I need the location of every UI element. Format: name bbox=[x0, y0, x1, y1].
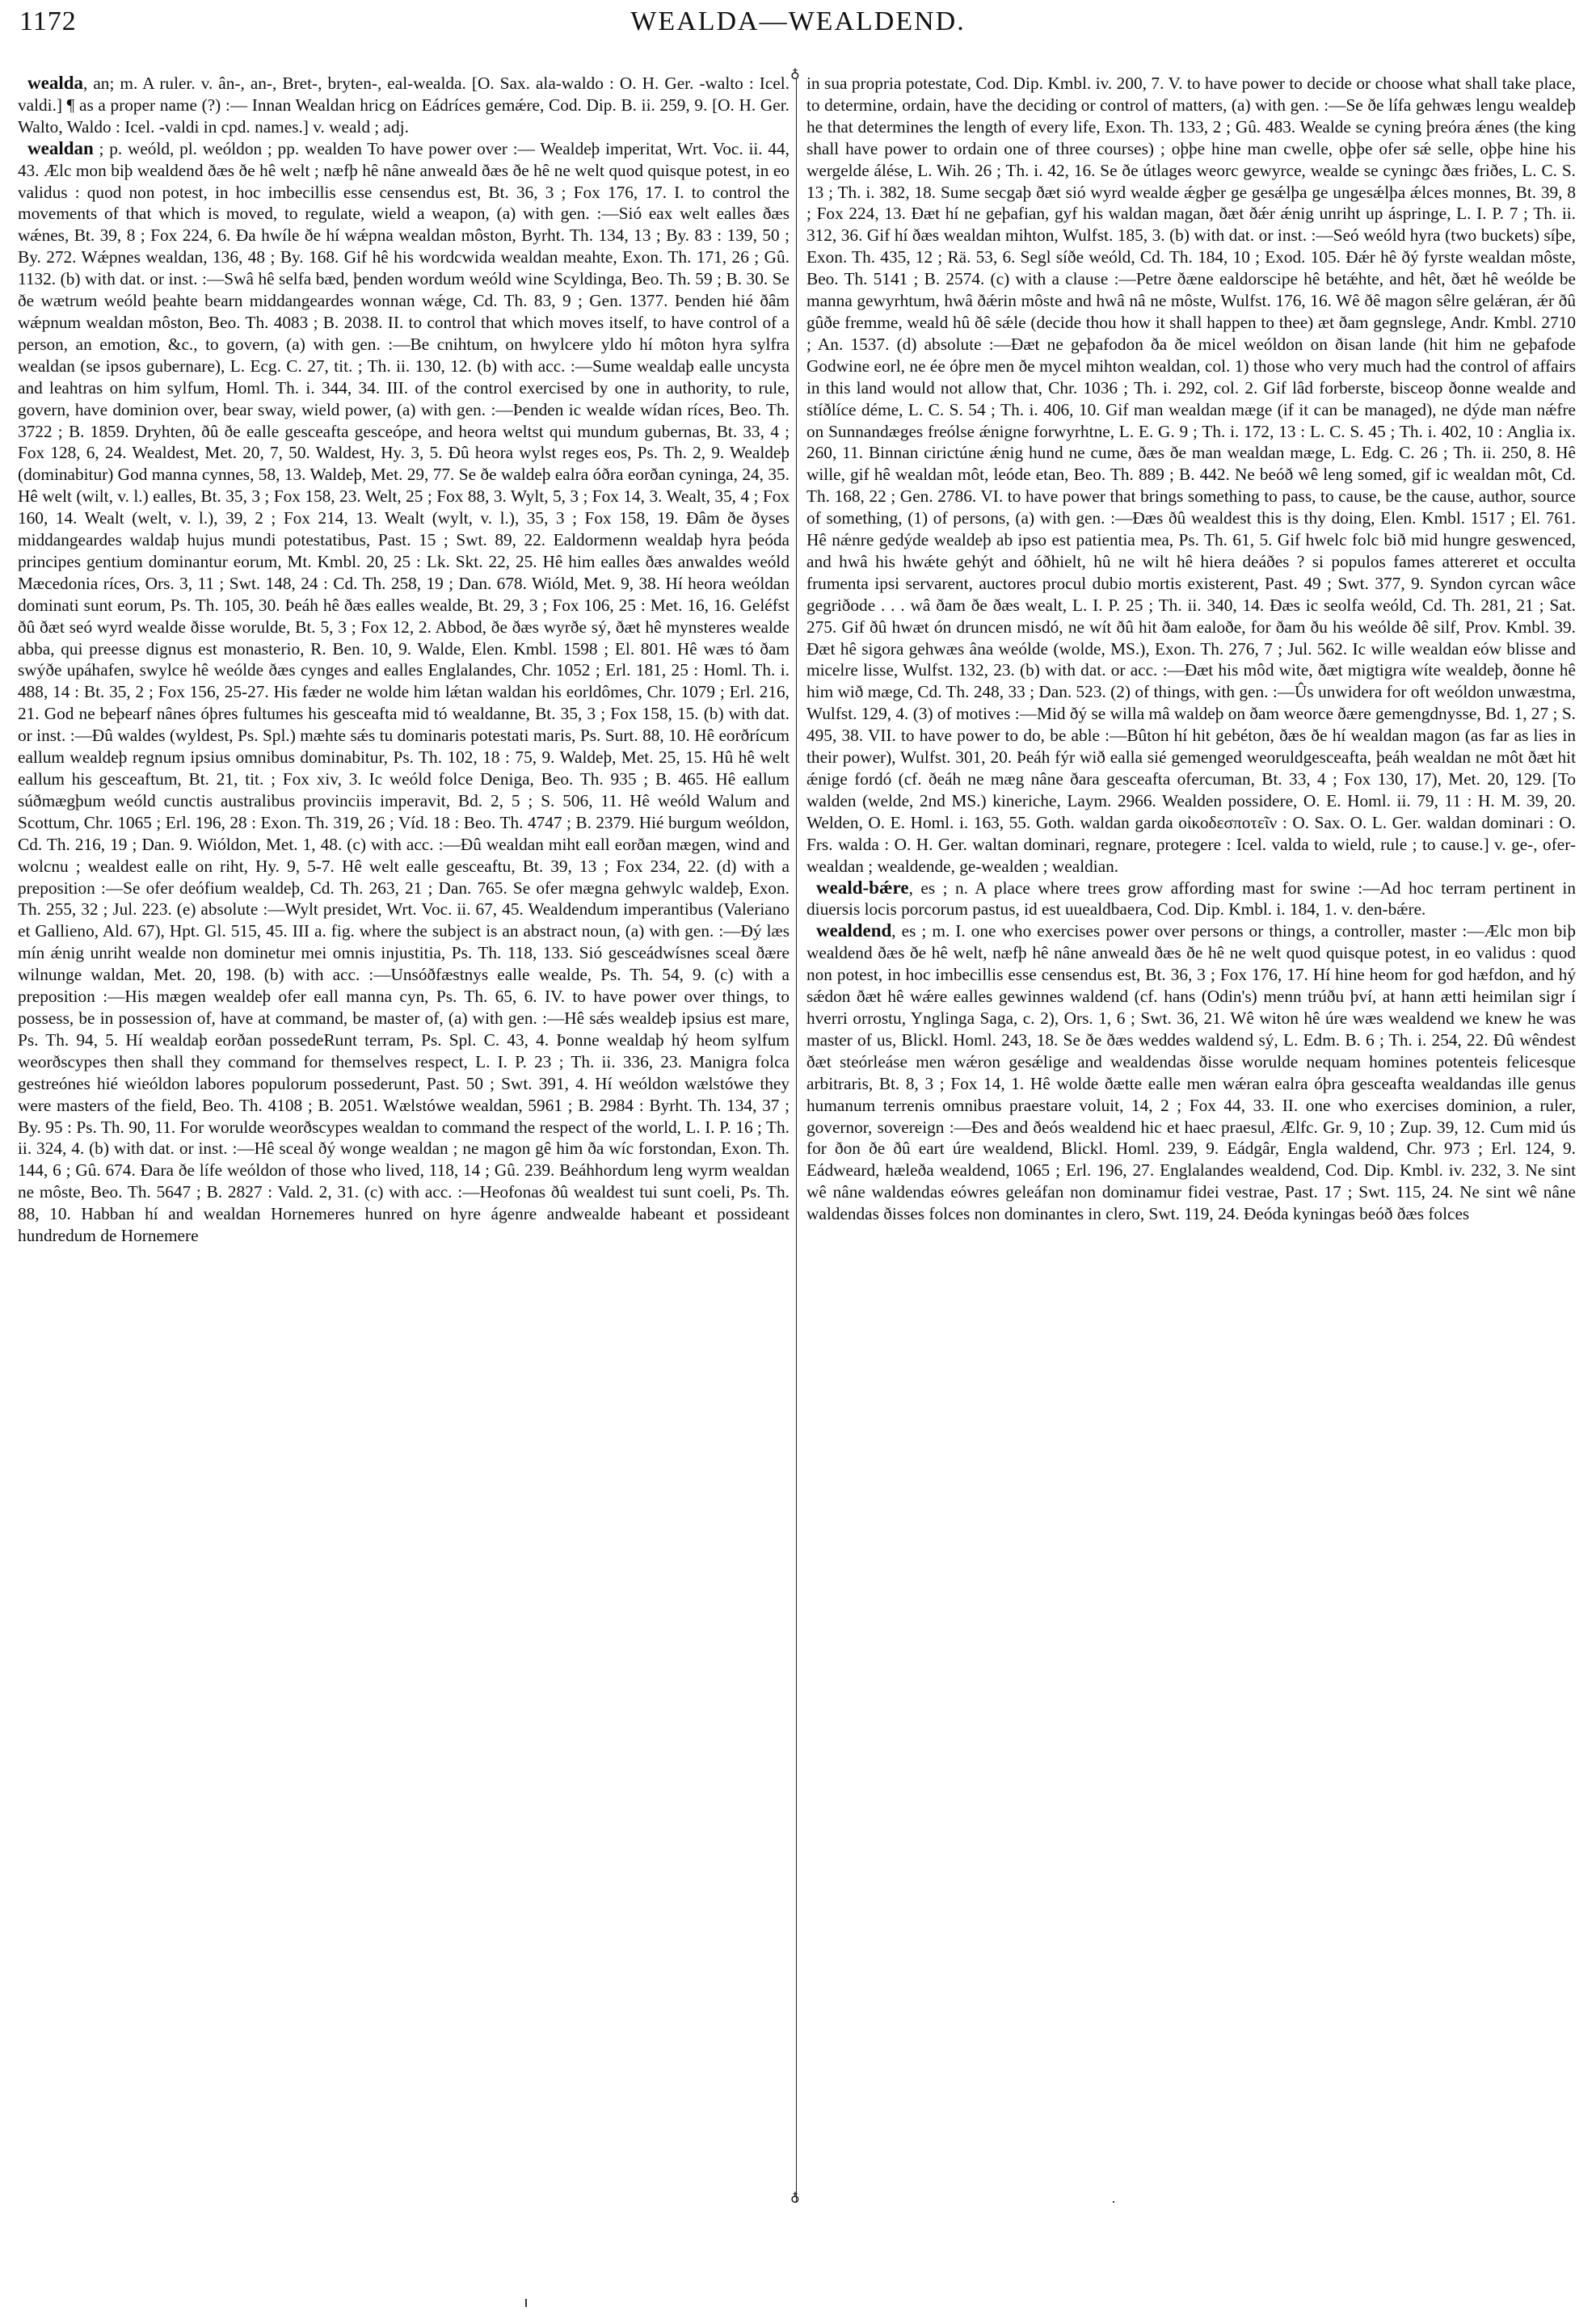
entry-body: , es ; n. A place where trees grow affor… bbox=[806, 878, 1576, 920]
headword: wealdend bbox=[816, 920, 891, 941]
left-column: wealda, an; m. A ruler. v. ân-, an-, Bre… bbox=[18, 73, 790, 1247]
headword: weald-bǽre bbox=[816, 878, 909, 898]
headword: wealdan bbox=[27, 138, 94, 158]
dictionary-entry-wealda: wealda, an; m. A ruler. v. ân-, an-, Bre… bbox=[18, 73, 790, 138]
entry-body: in sua propria potestate, Cod. Dip. Kmbl… bbox=[806, 74, 1576, 876]
dictionary-entry-weald-baere: weald-bǽre, es ; n. A place where trees … bbox=[806, 878, 1576, 921]
dictionary-entry-wealdan: wealdan ; p. weóld, pl. weóldon ; pp. we… bbox=[18, 138, 790, 1247]
column-ornament-bottom-icon: ♁ bbox=[790, 2191, 800, 2204]
print-speck bbox=[1113, 2201, 1114, 2203]
running-head: WEALDA—WEALDEND. bbox=[0, 6, 1596, 37]
column-divider bbox=[796, 78, 797, 2203]
right-column: in sua propria potestate, Cod. Dip. Kmbl… bbox=[806, 73, 1576, 1225]
dictionary-entry-wealdend: wealdend, es ; m. I. one who exercises p… bbox=[806, 920, 1576, 1225]
page-header: 1172 WEALDA—WEALDEND. bbox=[0, 0, 1596, 48]
column-ornament-top-icon: ♁ bbox=[790, 68, 800, 81]
entry-body: ; p. weóld, pl. weóldon ; pp. wealden To… bbox=[18, 139, 790, 1245]
entry-body: , es ; m. I. one who exercises power ove… bbox=[806, 921, 1576, 1223]
headword: wealda bbox=[27, 73, 83, 93]
entry-body: , an; m. A ruler. v. ân-, an-, Bret-, br… bbox=[18, 74, 790, 137]
print-mark bbox=[525, 2299, 527, 2307]
dictionary-entry-wealdan-continued: in sua propria potestate, Cod. Dip. Kmbl… bbox=[806, 73, 1576, 878]
